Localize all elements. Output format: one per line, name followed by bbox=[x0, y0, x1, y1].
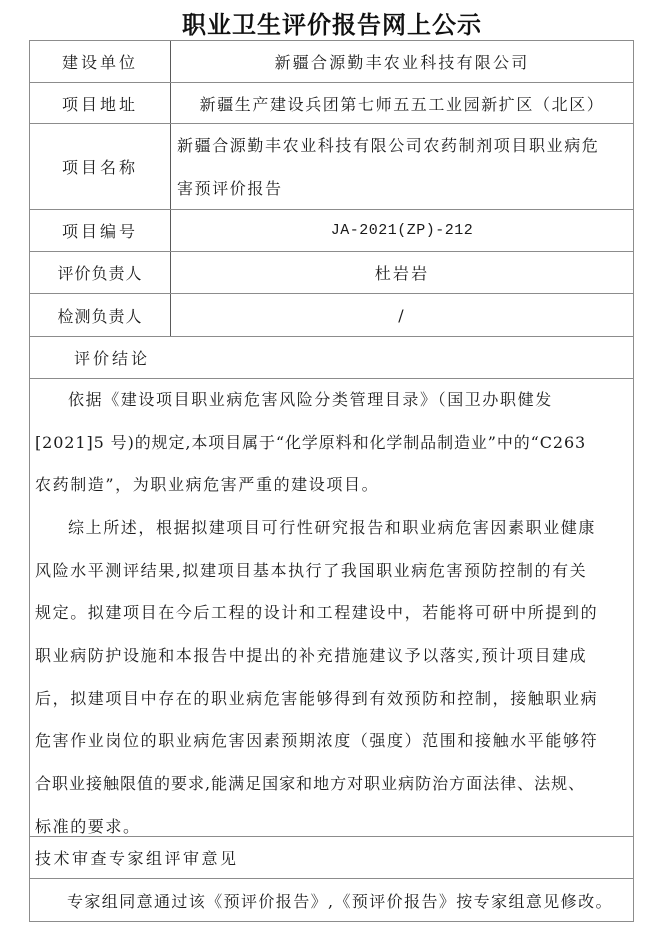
row-conclusion-heading: 评价结论 bbox=[30, 337, 633, 379]
conclusion-paragraph-2: 综上所述，根据拟建项目可行性研究报告和职业病危害因素职业健康 风险水平测评结果,… bbox=[35, 507, 629, 849]
paragraph-line: 综上所述，根据拟建项目可行性研究报告和职业病危害因素职业健康 bbox=[35, 507, 629, 550]
label-project-number: 项目编号 bbox=[30, 210, 171, 251]
disclosure-table: 建设单位 新疆合源勤丰农业科技有限公司 项目地址 新疆生产建设兵团第七师五五工业… bbox=[29, 40, 634, 922]
paragraph-line: 依据《建设项目职业病危害风险分类管理目录》（国卫办职健发 bbox=[35, 379, 629, 422]
row-project-name: 项目名称 新疆合源勤丰农业科技有限公司农药制剂项目职业病危 害预评价报告 bbox=[30, 124, 633, 210]
value-project-address: 新疆生产建设兵团第七师五五工业园新扩区（北区） bbox=[171, 83, 633, 123]
paragraph-line: 规定。拟建项目在今后工程的设计和工程建设中，若能将可研中所提到的 bbox=[35, 592, 629, 635]
paragraph-line: 农药制造”，为职业病危害严重的建设项目。 bbox=[35, 464, 629, 507]
label-construction-unit: 建设单位 bbox=[30, 41, 171, 82]
row-expert-opinion: 专家组同意通过该《预评价报告》,《预评价报告》按专家组意见修改。 bbox=[30, 879, 633, 921]
label-evaluation-lead: 评价负责人 bbox=[30, 252, 171, 293]
row-conclusion-body: 依据《建设项目职业病危害风险分类管理目录》（国卫办职健发 [2021]5 号)的… bbox=[30, 379, 633, 837]
value-project-name-line-2: 害预评价报告 bbox=[177, 167, 283, 210]
value-project-name-line-1: 新疆合源勤丰农业科技有限公司农药制剂项目职业病危 bbox=[177, 124, 599, 167]
label-testing-lead: 检测负责人 bbox=[30, 294, 171, 336]
paragraph-line: 后，拟建项目中存在的职业病危害能够得到有效预防和控制，接触职业病 bbox=[35, 678, 629, 721]
conclusion-paragraph-1: 依据《建设项目职业病危害风险分类管理目录》（国卫办职健发 [2021]5 号)的… bbox=[35, 379, 629, 507]
row-expert-review-heading: 技术审查专家组评审意见 bbox=[30, 837, 633, 879]
value-evaluation-lead: 杜岩岩 bbox=[171, 252, 633, 293]
expert-review-heading: 技术审查专家组评审意见 bbox=[30, 837, 633, 878]
value-project-number: JA-2021(ZP)-212 bbox=[171, 210, 633, 251]
row-testing-lead: 检测负责人 / bbox=[30, 294, 633, 337]
paragraph-line: 风险水平测评结果,拟建项目基本执行了我国职业病危害预防控制的有关 bbox=[35, 550, 629, 593]
value-construction-unit: 新疆合源勤丰农业科技有限公司 bbox=[171, 41, 633, 82]
row-project-address: 项目地址 新疆生产建设兵团第七师五五工业园新扩区（北区） bbox=[30, 83, 633, 124]
row-evaluation-lead: 评价负责人 杜岩岩 bbox=[30, 252, 633, 294]
label-project-name: 项目名称 bbox=[30, 124, 171, 209]
expert-opinion: 专家组同意通过该《预评价报告》,《预评价报告》按专家组意见修改。 bbox=[30, 879, 633, 921]
value-project-name: 新疆合源勤丰农业科技有限公司农药制剂项目职业病危 害预评价报告 bbox=[171, 124, 633, 209]
paragraph-line: [2021]5 号)的规定,本项目属于“化学原料和化学制品制造业”中的“C263 bbox=[35, 422, 629, 465]
paragraph-line: 危害作业岗位的职业病危害因素预期浓度（强度）范围和接触水平能够符 bbox=[35, 720, 629, 763]
value-testing-lead: / bbox=[171, 294, 633, 336]
label-project-address: 项目地址 bbox=[30, 83, 171, 123]
paragraph-line: 合职业接触限值的要求,能满足国家和地方对职业病防治方面法律、法规、 bbox=[35, 763, 629, 806]
paragraph-line: 职业病防护设施和本报告中提出的补充措施建议予以落实,预计项目建成 bbox=[35, 635, 629, 678]
conclusion-heading: 评价结论 bbox=[30, 337, 633, 378]
row-project-number: 项目编号 JA-2021(ZP)-212 bbox=[30, 210, 633, 252]
row-construction-unit: 建设单位 新疆合源勤丰农业科技有限公司 bbox=[30, 41, 633, 83]
page-title: 职业卫生评价报告网上公示 bbox=[0, 10, 664, 40]
